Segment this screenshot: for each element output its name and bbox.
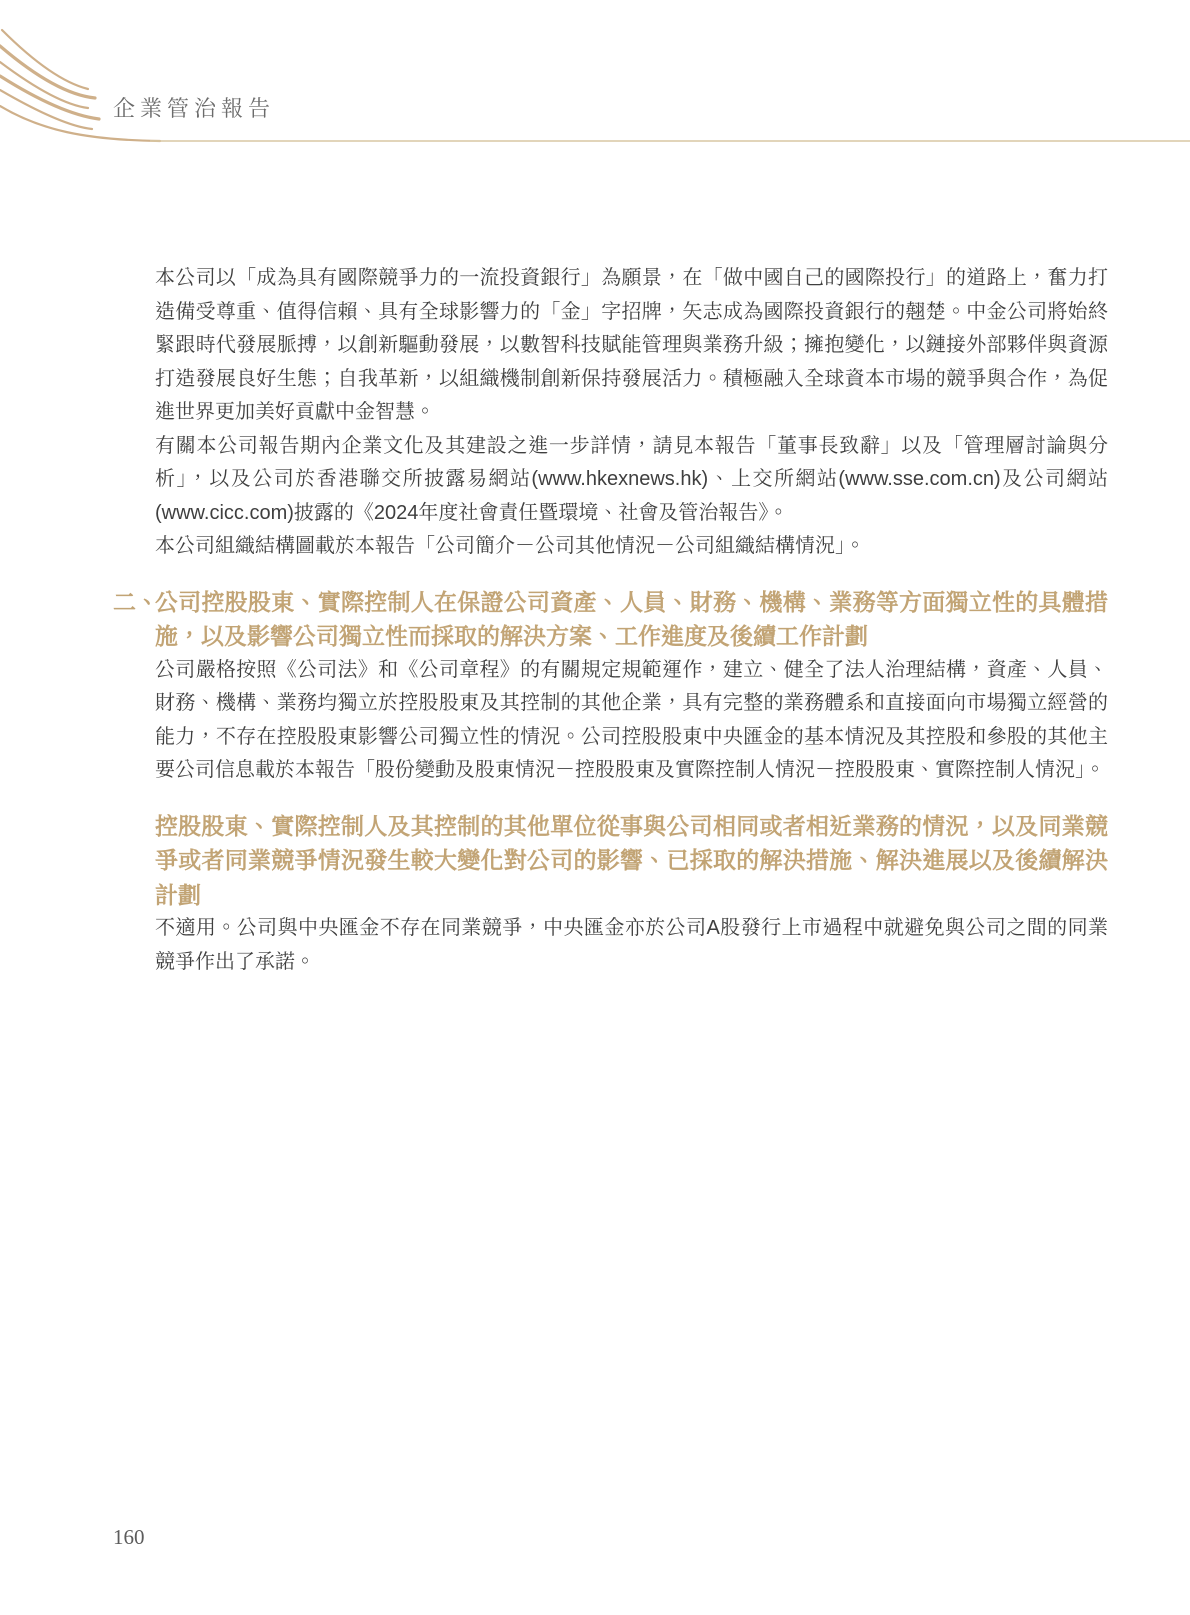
decorative-swoosh	[0, 0, 1190, 160]
page-number: 160	[113, 1525, 145, 1550]
intro-paragraph-vision: 本公司以「成為具有國際競爭力的一流投資銀行」為願景，在「做中國自己的國際投行」的…	[155, 262, 1108, 430]
section-2-heading: 二、 公司控股股東、實際控制人在保證公司資產、人員、財務、機構、業務等方面獨立性…	[155, 585, 1108, 654]
intro-paragraph-org-structure: 本公司組織結構圖載於本報告「公司簡介－公司其他情況－公司組織結構情況」。	[155, 530, 1108, 564]
section-2-number: 二、	[113, 585, 159, 620]
report-body: 本公司以「成為具有國際競爭力的一流投資銀行」為願景，在「做中國自己的國際投行」的…	[155, 262, 1108, 979]
section-2-subheading: 控股股東、實際控制人及其控制的其他單位從事與公司相同或者相近業務的情況，以及同業…	[155, 809, 1108, 913]
section-2-subbody-paragraph: 不適用。公司與中央匯金不存在同業競爭，中央匯金亦於公司A股發行上市過程中就避免與…	[155, 912, 1108, 979]
section-2-body-paragraph: 公司嚴格按照《公司法》和《公司章程》的有關規定規範運作，建立、健全了法人治理結構…	[155, 654, 1108, 788]
section-2-heading-text: 公司控股股東、實際控制人在保證公司資產、人員、財務、機構、業務等方面獨立性的具體…	[155, 585, 1108, 654]
page-title: 企業管治報告	[113, 92, 275, 123]
intro-paragraph-culture-references: 有關本公司報告期內企業文化及其建設之進一步詳情，請見本報告「董事長致辭」以及「管…	[155, 430, 1108, 531]
report-page: { "theme": { "accent_gold": "#C2A475", "…	[0, 0, 1190, 1615]
swoosh-arcs	[0, 30, 160, 141]
